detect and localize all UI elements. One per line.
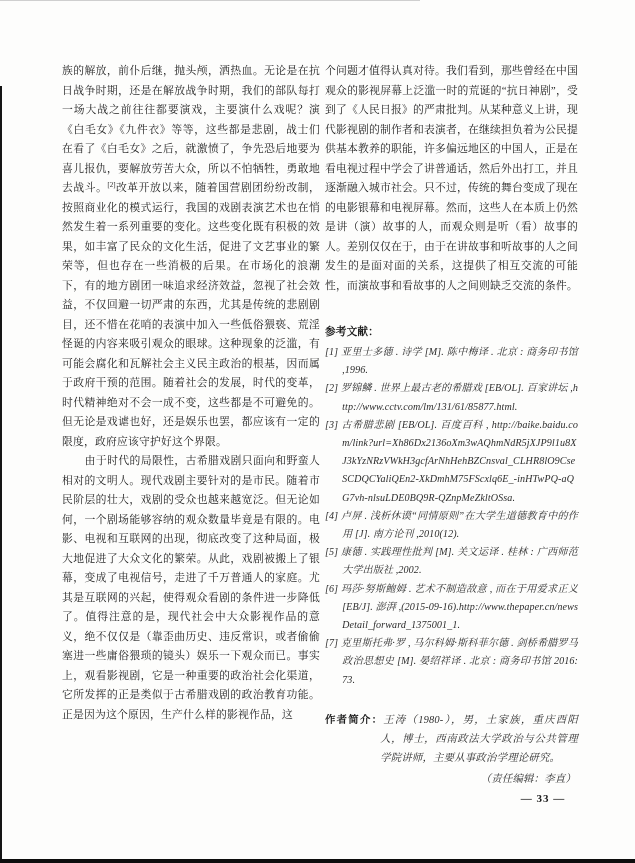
editor-note: （责任编辑：李直） xyxy=(325,770,578,789)
references-heading: 参考文献： xyxy=(325,323,578,342)
reference-item: [5] 康德 . 实践理性批判 [M]. 关文运译 . 桂林 : 广西师范大学出… xyxy=(325,544,578,580)
reference-item: [3] 古希腊悲剧 [EB/OL]. 百度百科 , http://baike.b… xyxy=(325,417,578,508)
reference-item: [7] 克里斯托弗·罗 , 马尔科姆·斯科菲尔德 . 剑桥希腊罗马政治思想史 [… xyxy=(325,635,578,690)
body-paragraph-1: 族的解放，前仆后继，抛头颅，洒热血。无论是在抗日战争时期，还是在解放战争时期，我… xyxy=(62,62,320,452)
page-number: — 33 — xyxy=(508,793,578,805)
body-paragraph-3: 个问题才值得认真对待。我们看到，那些曾经在中国观众的影视屏幕上泛滥一时的荒诞的“… xyxy=(325,62,578,296)
references-list: [1] 亚里士多德 . 诗学 [M]. 陈中梅译 . 北京 : 商务印书馆 ,1… xyxy=(325,344,578,690)
right-column: 个问题才值得认真对待。我们看到，那些曾经在中国观众的影视屏幕上泛滥一时的荒诞的“… xyxy=(325,62,578,790)
paragraph-text: 族的解放，前仆后继，抛头颅，洒热血。无论是在抗日战争时期，还是在解放战争时期，我… xyxy=(62,65,320,194)
paragraph-text: 改革开放以来，随着国营剧团纷纷改制，按照商业化的模式运行，我国的戏剧表演艺术也在… xyxy=(62,182,320,448)
scan-edge-left xyxy=(0,86,2,863)
reference-item: [1] 亚里士多德 . 诗学 [M]. 陈中梅译 . 北京 : 商务印书馆 ,1… xyxy=(325,344,578,380)
author-bio: 作者简介：王涛（1980-），男，土家族，重庆酉阳人，博士，西南政法大学政治与公… xyxy=(325,711,578,769)
author-bio-text: 王涛（1980-），男，土家族，重庆酉阳人，博士，西南政法大学政治与公共管理学院… xyxy=(380,715,578,764)
journal-page: 族的解放，前仆后继，抛头颅，洒热血。无论是在抗日战争时期，还是在解放战争时期，我… xyxy=(0,0,635,863)
reference-item: [6] 玛莎·努斯鲍姆 . 艺术不制造敌意 , 而在于用爱求正义 [EB/J].… xyxy=(325,581,578,636)
scan-edge-bottom xyxy=(0,859,635,863)
body-paragraph-2: 由于时代的局限性，古希腊戏剧只面向和野蛮人相对的文明人。现代戏剧主要针对的是市民… xyxy=(62,452,320,725)
scan-edge-top xyxy=(0,0,420,1)
author-bio-label: 作者简介： xyxy=(325,715,383,726)
reference-item: [4] 卢屏 . 浅析休谟“同情原则”在大学生道德教育中的作用 [J]. 南方论… xyxy=(325,508,578,544)
footnote-marker: [2] xyxy=(107,181,115,189)
references-section: 参考文献： [1] 亚里士多德 . 诗学 [M]. 陈中梅译 . 北京 : 商务… xyxy=(325,323,578,690)
reference-item: [2] 罗锦鳞 . 世界上最古老的希腊戏 [EB/OL]. 百家讲坛 ,http… xyxy=(325,380,578,416)
left-column: 族的解放，前仆后继，抛头颅，洒热血。无论是在抗日战争时期，还是在解放战争时期，我… xyxy=(62,62,320,725)
